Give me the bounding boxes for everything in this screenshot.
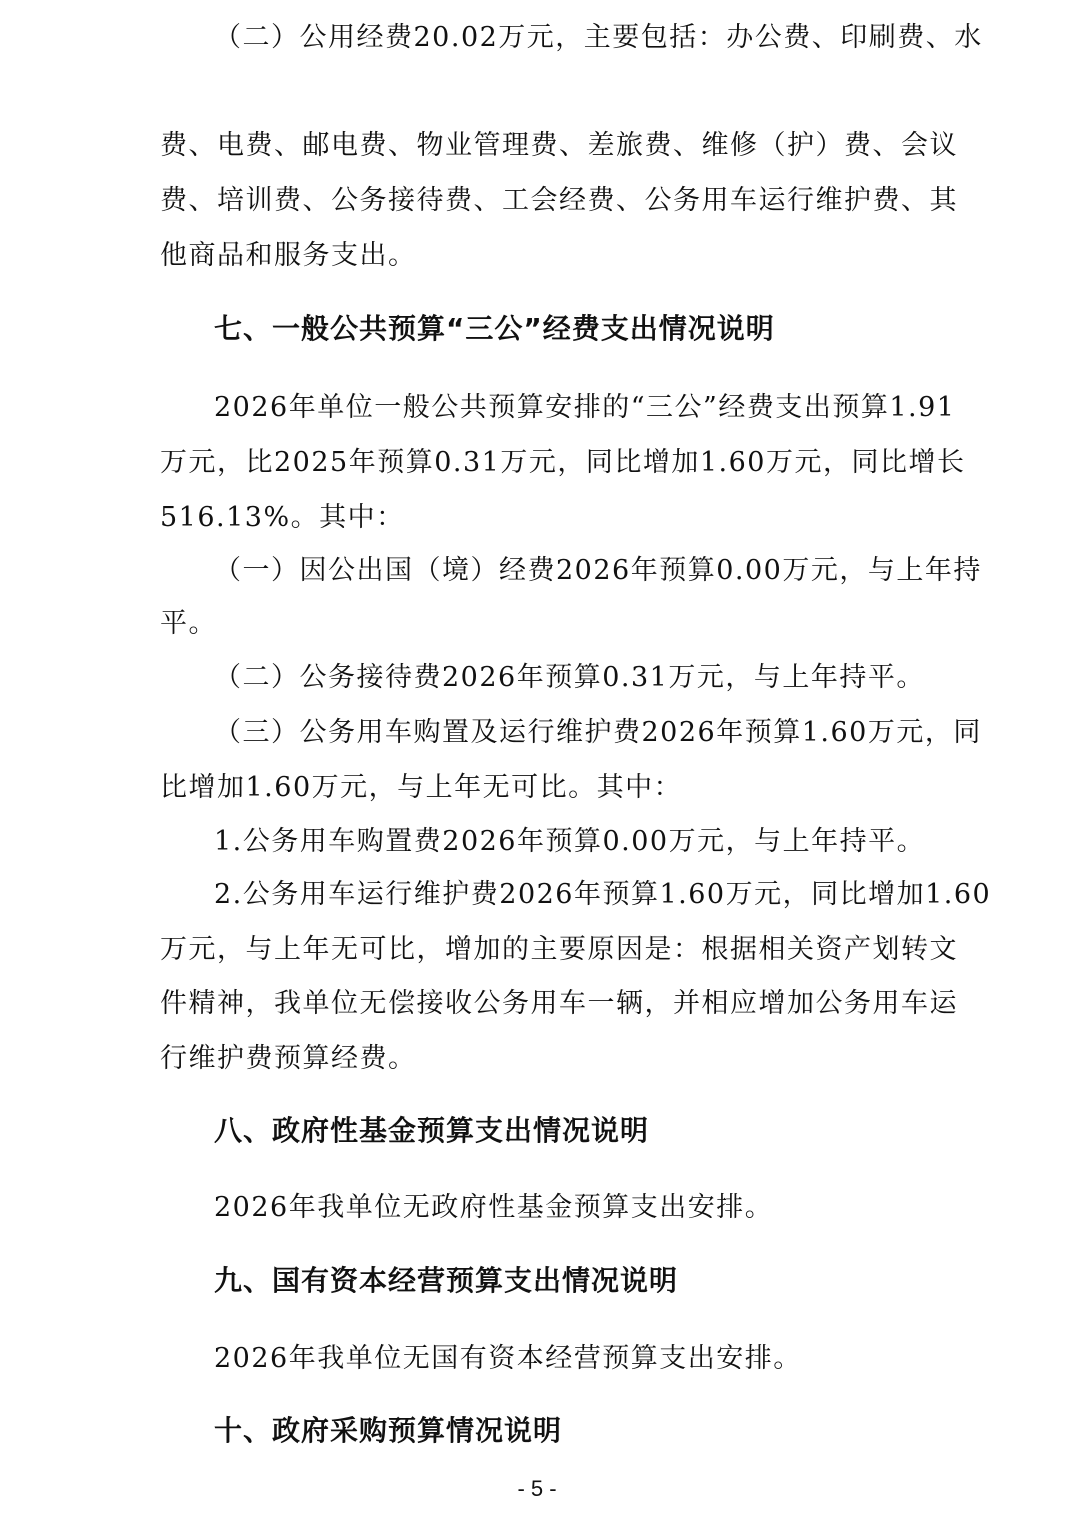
section7-sub2-line-4: 行维护费预算经费。 [160, 1043, 930, 1075]
section8-heading: 八、政府性基金预算支出情况说明 [214, 1114, 649, 1148]
section7-item3-line-2: 比增加1.60万元，与上年无可比。其中： [160, 772, 930, 804]
section7-sub2-line-3: 件精神，我单位无偿接收公务用车一辆，并相应增加公务用车运 [160, 988, 930, 1020]
section9-body: 2026年我单位无国有资本经营预算支出安排。 [214, 1343, 930, 1375]
section7-item1-line-1: （一）因公出国（境）经费2026年预算0.00万元，与上年持 [214, 555, 930, 587]
public-funds-line-4: 他商品和服务支出。 [160, 240, 930, 272]
section7-summary-line-1: 2026年单位一般公共预算安排的“三公”经费支出预算1.91 [214, 392, 930, 424]
section7-item3-line-1: （三）公务用车购置及运行维护费2026年预算1.60万元，同 [214, 717, 930, 749]
section8-body: 2026年我单位无政府性基金预算支出安排。 [214, 1192, 930, 1224]
section7-sub2-line-2: 万元，与上年无可比，增加的主要原因是：根据相关资产划转文 [160, 934, 930, 966]
public-funds-line-1: （二）公用经费20.02万元，主要包括：办公费、印刷费、水 [214, 22, 930, 54]
public-funds-line-3: 费、培训费、公务接待费、工会经费、公务用车运行维护费、其 [160, 185, 930, 217]
section7-item2: （二）公务接待费2026年预算0.31万元，与上年持平。 [214, 662, 930, 694]
page-number: - 5 - [0, 1476, 1074, 1502]
section9-heading: 九、国有资本经营预算支出情况说明 [214, 1264, 678, 1298]
section10-heading: 十、政府采购预算情况说明 [214, 1414, 562, 1448]
section7-summary-line-3: 516.13%。其中： [160, 502, 930, 534]
section7-sub1: 1.公务用车购置费2026年预算0.00万元，与上年持平。 [214, 826, 930, 858]
document-page: （二）公用经费20.02万元，主要包括：办公费、印刷费、水 费、电费、邮电费、物… [0, 0, 1074, 1520]
public-funds-line-2: 费、电费、邮电费、物业管理费、差旅费、维修（护）费、会议 [160, 130, 930, 162]
section7-item1-line-2: 平。 [160, 608, 930, 640]
section7-heading: 七、一般公共预算“三公”经费支出情况说明 [214, 312, 775, 346]
section7-summary-line-2: 万元，比2025年预算0.31万元，同比增加1.60万元，同比增长 [160, 447, 930, 479]
section7-sub2-line-1: 2.公务用车运行维护费2026年预算1.60万元，同比增加1.60 [214, 879, 930, 911]
